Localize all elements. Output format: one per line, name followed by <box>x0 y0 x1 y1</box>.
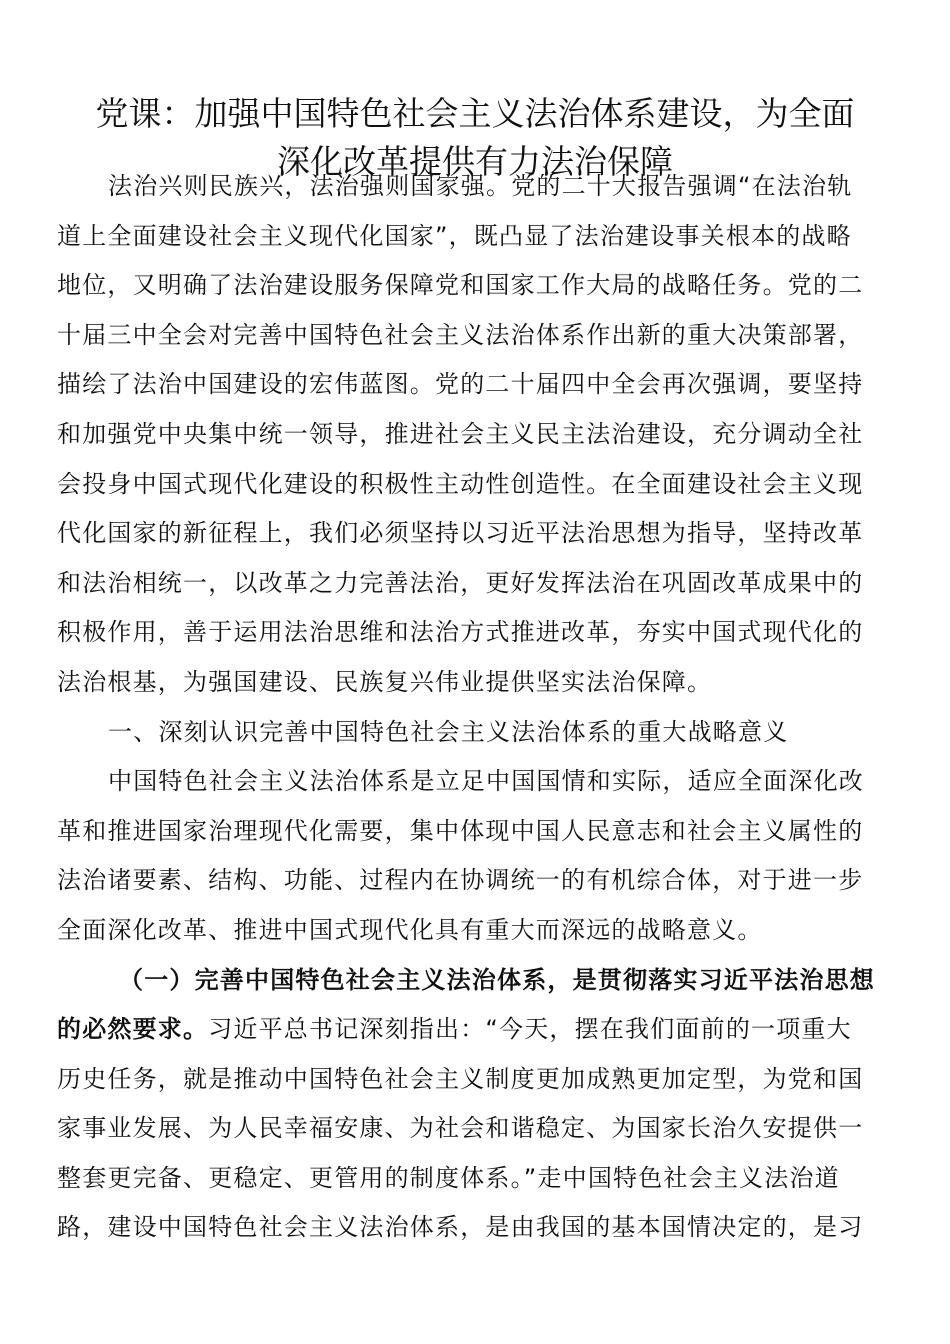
text-line: 革和推进国家治理现代化需要，集中体现中国人民意志和社会主义属性的 <box>57 807 887 857</box>
text-line: 道上全面建设社会主义现代化国家”，既凸显了法治建设事关根本的战略 <box>57 212 887 262</box>
text-line: 的必然要求。习近平总书记深刻指出：“今天，摆在我们面前的一项重大 <box>57 1005 887 1055</box>
text-line: 和法治相统一，以改革之力完善法治，更好发挥法治在巩固改革成果中的 <box>57 559 887 609</box>
text-line: 家事业发展、为人民幸福安康、为社会和谐稳定、为国家长治久安提供一 <box>57 1104 887 1154</box>
paragraph-intro: 法治兴则民族兴，法治强则国家强。党的二十大报告强调“在法治轨 道上全面建设社会主… <box>57 162 887 708</box>
text-line: 会投身中国式现代化建设的积极性主动性创造性。在全面建设社会主义现 <box>57 460 887 510</box>
heading-line: 一、深刻认识完善中国特色社会主义法治体系的重大战略意义 <box>57 708 887 758</box>
text-line: 十届三中全会对完善中国特色社会主义法治体系作出新的重大决策部署， <box>57 311 887 361</box>
text-line: 法治根基，为强国建设、民族复兴伟业提供坚实法治保障。 <box>57 658 887 708</box>
title-line-1: 党课：加强中国特色社会主义法治体系建设，为全面 <box>40 90 910 138</box>
document-body: 法治兴则民族兴，法治强则国家强。党的二十大报告强调“在法治轨 道上全面建设社会主… <box>57 162 887 1253</box>
paragraph-significance: 中国特色社会主义法治体系是立足中国国情和实际，适应全面深化改 革和推进国家治理现… <box>57 757 887 955</box>
text-line: 全面深化改革、推进中国式现代化具有重大而深远的战略意义。 <box>57 906 887 956</box>
text-line: 和加强党中央集中统一领导，推进社会主义民主法治建设，充分调动全社 <box>57 410 887 460</box>
text-line: 代化国家的新征程上，我们必须坚持以习近平法治思想为指导，坚持改革 <box>57 509 887 559</box>
text-line: 中国特色社会主义法治体系是立足中国国情和实际，适应全面深化改 <box>57 757 887 807</box>
subheading-line: （一）完善中国特色社会主义法治体系，是贯彻落实习近平法治思想 <box>57 956 887 1006</box>
text-line: 积极作用，善于运用法治思维和法治方式推进改革，夯实中国式现代化的 <box>57 608 887 658</box>
text-line: 地位，又明确了法治建设服务保障党和国家工作大局的战略任务。党的二 <box>57 261 887 311</box>
text-line: 法治诸要素、结构、功能、过程内在协调统一的有机综合体，对于进一步 <box>57 856 887 906</box>
document-page: 党课：加强中国特色社会主义法治体系建设，为全面 深化改革提供有力法治保障 法治兴… <box>0 0 950 1344</box>
subheading-tail: 的必然要求。 <box>57 1015 208 1043</box>
quote-start: 习近平总书记深刻指出：“今天，摆在我们面前的一项重大 <box>208 1015 852 1043</box>
text-line: 描绘了法治中国建设的宏伟蓝图。党的二十届四中全会再次强调，要坚持 <box>57 360 887 410</box>
text-line: 整套更完备、更稳定、更管用的制度体系。”走中国特色社会主义法治道 <box>57 1154 887 1204</box>
section-heading-1: 一、深刻认识完善中国特色社会主义法治体系的重大战略意义 <box>57 708 887 758</box>
text-line: 历史任务，就是推动中国特色社会主义制度更加成熟更加定型，为党和国 <box>57 1055 887 1105</box>
text-line: 路，建设中国特色社会主义法治体系，是由我国的基本国情决定的，是习 <box>57 1203 887 1253</box>
paragraph-subsection-1: （一）完善中国特色社会主义法治体系，是贯彻落实习近平法治思想 的必然要求。习近平… <box>57 956 887 1254</box>
text-line: 法治兴则民族兴，法治强则国家强。党的二十大报告强调“在法治轨 <box>57 162 887 212</box>
